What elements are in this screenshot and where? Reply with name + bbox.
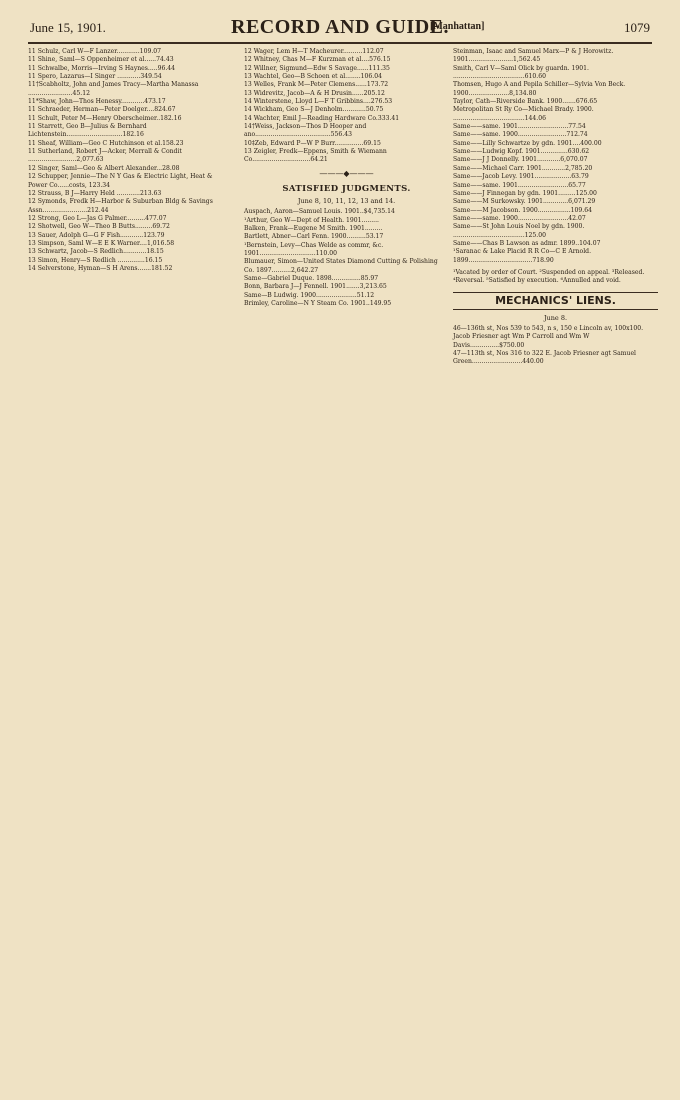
satisfied-judgment-entry: Blumauer, Simon—United States Diamond Cu… — [244, 258, 449, 275]
judgment-entry: 12 Whitney, Chas M—F Kurzman et al....57… — [244, 56, 449, 64]
ornament-divider: ———◆——— — [244, 169, 449, 179]
judgment-entry: 12 Strauss, B J—Harry Held ............2… — [28, 190, 233, 198]
judgment-entry: 10‡Zeb, Edward P—W P Burr...............… — [244, 140, 449, 148]
satisfied-judgments-heading: SATISFIED JUDGMENTS. — [244, 183, 449, 195]
judgment-entry: 14†Weiss, Jackson—Thos D Hooper and ano.… — [244, 123, 449, 140]
judgment-entry: 11 Spero, Lazarus—I Singer ............3… — [28, 73, 233, 81]
judgment-entry: 13 Schwartz, Jacob—S Redlich............… — [28, 248, 233, 256]
mechanics-liens-date: June 8. — [453, 314, 658, 322]
judgment-entry: 11 Shine, Saml—S Oppenheimer et al......… — [28, 56, 233, 64]
judgment-entry: 11*Shaw, John—Thos Henessy............47… — [28, 98, 233, 106]
judgment-entry: 12 Strong, Geo L—Jas G Palmer..........4… — [28, 215, 233, 223]
judgment-entry: 13 Simpson, Saml W—E E K Warner....1,016… — [28, 240, 233, 248]
satisfied-judgment-entry: Same——Ludwig Kopf. 1901..............630… — [453, 148, 658, 156]
satisfied-judgment-entry: Same——St John Louis Noel by gdn. 1900. .… — [453, 223, 658, 240]
judgment-entry: 14 Wickham, Geo S—J Denholm............5… — [244, 106, 449, 114]
satisfied-judgment-entry: Same—Gabriel Duque. 1898...............8… — [244, 275, 449, 283]
satisfied-judgment-entry: Metropolitan St Ry Co—Michael Brady. 190… — [453, 106, 658, 123]
mechanics-liens-heading: MECHANICS' LIENS. — [453, 292, 658, 310]
column-3: Steinman, Isaac and Samuel Marx—P & J Ho… — [453, 48, 658, 367]
judgment-entry: 12 Shotwell, Geo W—Theo B Butts.........… — [28, 223, 233, 231]
column-1: 11 Schulz, Carl W—F Lanzer............10… — [28, 48, 233, 273]
judgment-entry: 12 Symonds, Fredk H—Harbor & Suburban Bl… — [28, 198, 233, 215]
satisfied-judgment-entry: Smith, Carl V—Saml Olick by guardn. 1901… — [453, 65, 658, 82]
judgment-entry: 13 Welles, Frank M—Peter Clemens......17… — [244, 81, 449, 89]
judgment-entry: 11 Schulz, Carl W—F Lanzer............10… — [28, 48, 233, 56]
judgment-entry: 13 Zeigler, Fredk—Eppens, Smith & Wieman… — [244, 148, 449, 165]
satisfied-judgment-entry: Bartlett, Abner—Carl Fenn. 1900.........… — [244, 233, 449, 241]
section-label: [Manhattan] — [430, 21, 484, 32]
judgment-entry: 14 Winterstene, Lloyd L—F T Gribbins....… — [244, 98, 449, 106]
satisfied-judgment-entry: Bonn, Barbara J—J Fennell. 1901.......3,… — [244, 283, 449, 291]
mechanics-lien-entry: 46—136th st, Nos 539 to 543, n s, 150 e … — [453, 325, 658, 350]
page-number: 1079 — [624, 20, 650, 36]
judgment-entry: 12 Wager, Lem H—T Macheurer..........112… — [244, 48, 449, 56]
judgment-entry: 11 Schraeder, Herman—Peter Doelger....82… — [28, 106, 233, 114]
satisfied-judgment-entry: ¹Bernstein, Levy—Chas Welde as commr, &c… — [244, 242, 449, 259]
header-rule — [28, 42, 652, 44]
judgment-entry: 13 Sauer, Adolph G—G F Fish............1… — [28, 232, 233, 240]
satisfied-judgment-entry: Taylor, Cath—Riverside Bank. 1900.......… — [453, 98, 658, 106]
mechanics-lien-entry: 47—113th st, Nos 316 to 322 E. Jacob Fri… — [453, 350, 658, 367]
satisfied-judgments-dates: June 8, 10, 11, 12, 13 and 14. — [244, 197, 449, 205]
satisfied-judgment-entry: ¹Saranac & Lake Placid R R Co—C E Arnold… — [453, 248, 658, 265]
satisfied-judgment-entry: Same——Chas B Lawson as admr. 1899..104.0… — [453, 240, 658, 248]
satisfied-judgment-entry: Same——J J Donnelly. 1901............6,07… — [453, 156, 658, 164]
judgment-entry: 13 Widrevitz, Jacob—A & H Drusin......20… — [244, 90, 449, 98]
satisfied-judgment-entry: Same——J Finnegan by gdn. 1901.........12… — [453, 190, 658, 198]
satisfied-judgment-entry: Same——M Jacobson. 1900.................1… — [453, 207, 658, 215]
satisfied-judgment-entry: ¹Arthur, Geo W—Dept of Health. 1901.....… — [244, 217, 449, 225]
satisfied-judgment-entry: Same—B Ludwig. 1900.....................… — [244, 292, 449, 300]
column-2: 12 Wager, Lem H—T Macheurer..........112… — [244, 48, 449, 308]
judgment-entry: 11 Sheaf, William—Geo C Hutchinson et al… — [28, 140, 233, 148]
satisfied-judgment-entry: Auspach, Aaron—Samuel Louis. 1901..$4,73… — [244, 208, 449, 216]
judgment-entry: 11 Schwalbe, Morris—Irving S Haynes.....… — [28, 65, 233, 73]
satisfied-judgment-entry: Same——Jacob Levy. 1901..................… — [453, 173, 658, 181]
footnote-legend: ¹Vacated by order of Court. ²Suspended o… — [453, 269, 658, 286]
judgment-entry: 12 Schupper, Jennie—The N Y Gas & Electr… — [28, 173, 233, 190]
satisfied-judgment-entry: Same——M Surkowsky. 1901.............6,07… — [453, 198, 658, 206]
satisfied-judgment-entry: Steinman, Isaac and Samuel Marx—P & J Ho… — [453, 48, 658, 65]
satisfied-judgment-entry: Brimley, Caroline—N Y Steam Co. 1901..14… — [244, 300, 449, 308]
satisfied-judgment-entry: Same——same. 1901........................… — [453, 123, 658, 131]
satisfied-judgment-entry: Same——Michael Carr. 1901............2,78… — [453, 165, 658, 173]
judgment-entry: 13 Simon, Henry—S Redlich ..............… — [28, 257, 233, 265]
judgment-entry: 14 Selverstone, Hyman—S H Arens.......18… — [28, 265, 233, 273]
judgment-entry: 12 Singer, Saml—Geo & Albert Alexander..… — [28, 165, 233, 173]
satisfied-judgment-entry: Same——same. 1900........................… — [453, 215, 658, 223]
judgment-entry: 11 Starrett, Geo B—Julius & Bernhard Lic… — [28, 123, 233, 140]
satisfied-judgment-entry: Same——same. 1900........................… — [453, 131, 658, 139]
page-header: June 15, 1901. RECORD AND GUIDE. [Manhat… — [30, 18, 650, 40]
judgment-entry: 12 Willner, Sigmund—Edw S Savage......11… — [244, 65, 449, 73]
judgment-entry: 11 Sutherland, Robert J—Acker, Merrall &… — [28, 148, 233, 165]
judgment-entry: 13 Wachtel, Geo—B Schoen et al........10… — [244, 73, 449, 81]
satisfied-judgment-entry: Balken, Frank—Eugene M Smith. 1901......… — [244, 225, 449, 233]
satisfied-judgment-entry: Thomsen, Hugo A and Pepila Schiller—Sylv… — [453, 81, 658, 98]
judgment-entry: 11 Schult, Peter M—Henry Oberscheimer..1… — [28, 115, 233, 123]
satisfied-judgment-entry: Same——same. 1901........................… — [453, 182, 658, 190]
satisfied-judgment-entry: Same——Lilly Schwartze by gdn. 1901....40… — [453, 140, 658, 148]
judgment-entry: 14 Wachter, Emil J—Reading Hardware Co.3… — [244, 115, 449, 123]
publication-title: RECORD AND GUIDE. — [30, 16, 650, 39]
newspaper-page: June 15, 1901. RECORD AND GUIDE. [Manhat… — [0, 0, 680, 1100]
judgment-entry: 11†Scabholtz, John and James Tracy—Marth… — [28, 81, 233, 98]
